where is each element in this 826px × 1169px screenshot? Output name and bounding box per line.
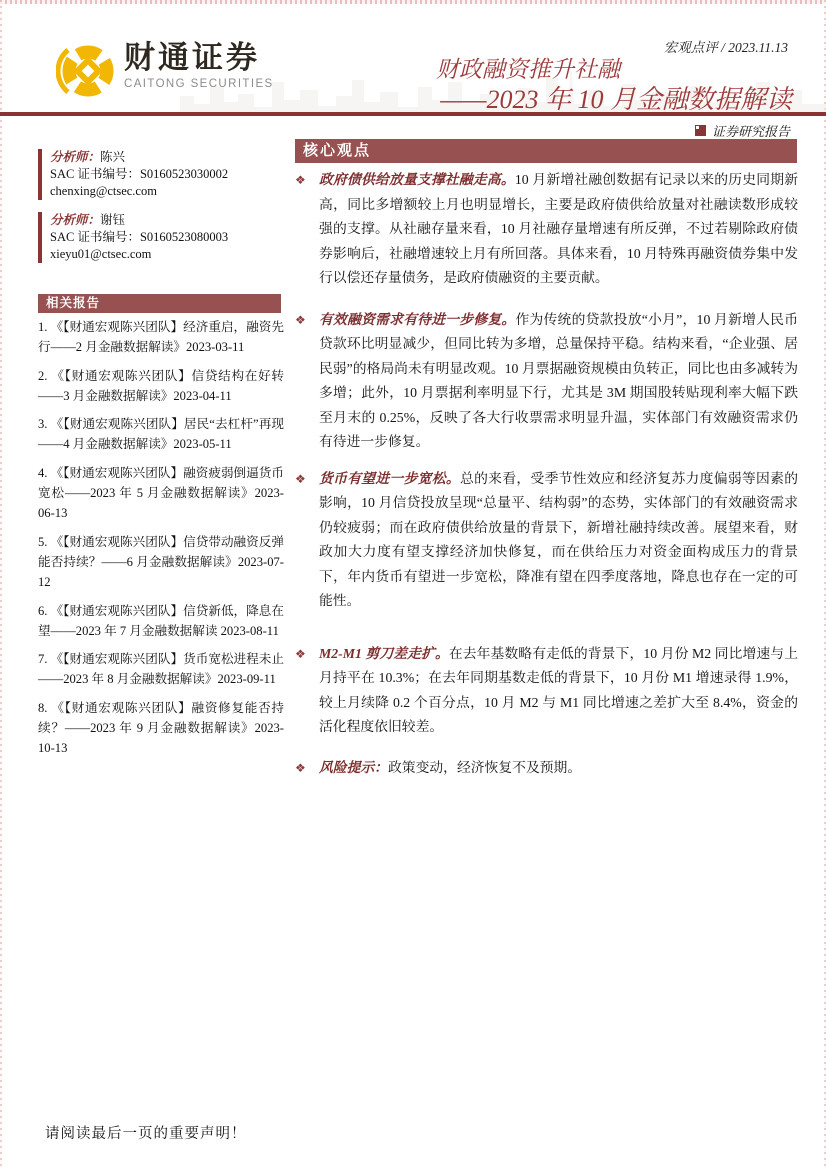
related-report-item: 1. 《【财通宏观陈兴团队】经济重启，融资先行——2 月金融数据解读》2023-… (38, 317, 284, 358)
related-report-item: 5. 《【财通宏观陈兴团队】信贷带动融资反弹能否持续？——6 月金融数据解读》2… (38, 532, 284, 593)
analyst-cert: SAC 证书编号：S0160523030002 (50, 166, 300, 183)
logo-name-cn: 财通证券 (124, 40, 274, 76)
report-page: 财通证券 CAITONG SECURITIES 宏观点评 / 2023.11.1… (0, 0, 826, 1169)
core-viewpoints-header: 核心观点 (295, 139, 797, 163)
caitong-coin-icon (56, 40, 116, 102)
analyst-name: 谢钰 (100, 213, 125, 227)
viewpoint-body: 10 月新增社融创数据有记录以来的历史同期新高，同比多增额较上月也明显增长，主要… (319, 172, 798, 285)
viewpoint-title: 政府债供给放量支撑社融走高。 (319, 172, 515, 187)
viewpoint-item: ❖ M2-M1 剪刀差走扩。在去年基数略有走低的背景下，10 月份 M2 同比增… (295, 642, 798, 740)
report-title-line1: 财政融资推升社融 (436, 56, 620, 84)
report-title: 财政融资推升社融 ——2023 年 10 月金融数据解读 (436, 56, 792, 115)
report-type-label: 证券研究报告 (712, 121, 790, 140)
viewpoint-item: ❖ 有效融资需求有待进一步修复。作为传统的贷款投放“小月”，10 月新增人民币贷… (295, 308, 798, 455)
analyst-name: 陈兴 (100, 150, 125, 164)
diamond-bullet-icon: ❖ (295, 168, 319, 193)
related-report-item: 6. 《【财通宏观陈兴团队】信贷新低，降息在望——2023 年 7 月金融数据解… (38, 601, 284, 642)
viewpoint-title: M2-M1 剪刀差走扩。 (319, 646, 449, 661)
report-category-date: 宏观点评 / 2023.11.13 (664, 36, 788, 56)
diamond-bullet-icon: ❖ (295, 467, 319, 492)
logo-name-en: CAITONG SECURITIES (124, 78, 274, 90)
scan-edge-left (0, 0, 2, 1169)
scan-edge-top (0, 0, 826, 4)
related-reports-header: 相关报告 (38, 294, 281, 313)
viewpoint-body: 总的来看，受季节性效应和经济复苏力度偏弱等因素的影响，10 月信贷投放呈现“总量… (319, 471, 798, 609)
analyst-role-label: 分析师： (50, 150, 100, 164)
caitong-logo: 财通证券 CAITONG SECURITIES (56, 40, 274, 102)
header-divider (0, 112, 826, 116)
document-icon (695, 125, 706, 136)
viewpoint-body: 作为传统的贷款投放“小月”，10 月新增人民币贷款环比明显减少，但同比转为多增，… (319, 312, 798, 450)
risk-warning-item: ❖ 风险提示：政策变动，经济恢复不及预期。 (295, 756, 798, 781)
analyst-cert: SAC 证书编号：S0160523080003 (50, 229, 300, 246)
analyst-email: chenxing@ctsec.com (50, 183, 300, 200)
risk-warning-label: 风险提示： (319, 760, 388, 775)
viewpoint-item: ❖ 政府债供给放量支撑社融走高。10 月新增社融创数据有记录以来的历史同期新高，… (295, 168, 798, 291)
related-report-item: 4. 《【财通宏观陈兴团队】融资疲弱倒逼货币宽松——2023 年 5 月金融数据… (38, 463, 284, 524)
report-title-line2: ——2023 年 10 月金融数据解读 (436, 85, 792, 115)
disclaimer-note: 请阅读最后一页的重要声明！ (45, 1122, 247, 1143)
viewpoint-item: ❖ 货币有望进一步宽松。总的来看，受季节性效应和经济复苏力度偏弱等因素的影响，1… (295, 467, 798, 614)
related-reports-list: 1. 《【财通宏观陈兴团队】经济重启，融资先行——2 月金融数据解读》2023-… (38, 317, 284, 767)
viewpoint-title: 有效融资需求有待进一步修复。 (319, 312, 515, 327)
viewpoint-title: 货币有望进一步宽松。 (319, 471, 460, 486)
related-report-item: 3. 《【财通宏观陈兴团队】居民“去杠杆”再现——4 月金融数据解读》2023-… (38, 414, 284, 455)
related-report-item: 7. 《【财通宏观陈兴团队】货币宽松进程未止——2023 年 8 月金融数据解读… (38, 649, 284, 690)
analyst-block: 分析师：谢钰 SAC 证书编号：S0160523080003 xieyu01@c… (38, 212, 300, 263)
core-viewpoints-list: ❖ 政府债供给放量支撑社融走高。10 月新增社融创数据有记录以来的历史同期新高，… (295, 168, 798, 780)
diamond-bullet-icon: ❖ (295, 756, 319, 781)
analyst-role-label: 分析师： (50, 213, 100, 227)
diamond-bullet-icon: ❖ (295, 642, 319, 667)
diamond-bullet-icon: ❖ (295, 308, 319, 333)
analyst-block: 分析师：陈兴 SAC 证书编号：S0160523030002 chenxing@… (38, 149, 300, 200)
related-report-item: 2. 《【财通宏观陈兴团队】信贷结构在好转——3 月金融数据解读》2023-04… (38, 366, 284, 407)
analyst-email: xieyu01@ctsec.com (50, 246, 300, 263)
related-report-item: 8. 《【财通宏观陈兴团队】融资修复能否持续？——2023 年 9 月金融数据解… (38, 698, 284, 759)
risk-warning-body: 政策变动，经济恢复不及预期。 (388, 760, 581, 775)
report-type-tag: 证券研究报告 (695, 121, 790, 140)
